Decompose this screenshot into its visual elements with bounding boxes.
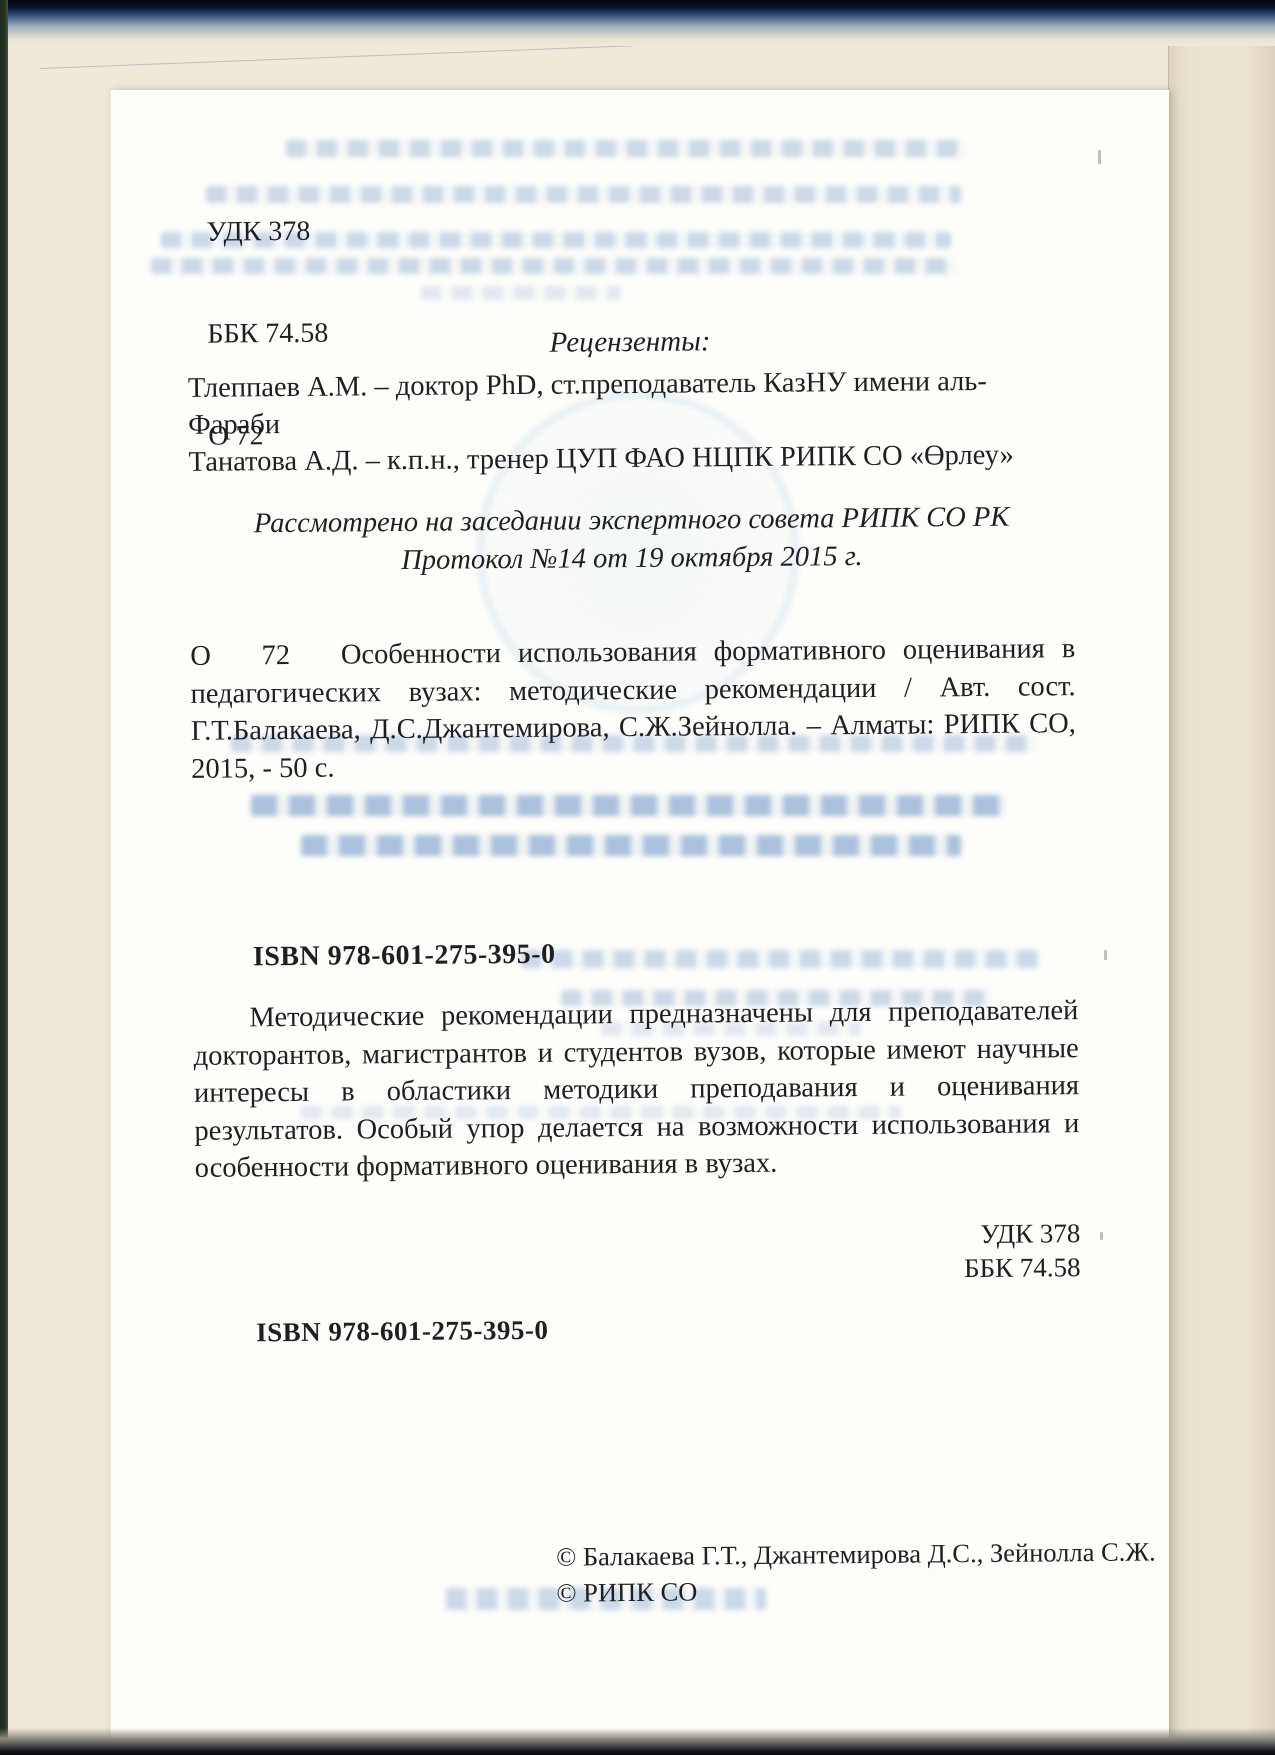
scanned-document: { "page_colors": { "paper": "#fdfdfa", "… [0, 0, 1275, 1755]
scan-bottom-edge [0, 1728, 1275, 1755]
copyright-block: © Балакаева Г.Т., Джантемирова Д.С., Зей… [556, 1533, 1156, 1610]
udc-code: УДК 378 [206, 215, 327, 250]
copyright-authors: © Балакаева Г.Т., Джантемирова Д.С., Зей… [556, 1533, 1156, 1574]
approval-line: Протокол №14 от 19 октября 2015 г. [189, 536, 1074, 582]
scan-speck [1098, 150, 1101, 164]
underlying-page-edge [1168, 0, 1275, 1755]
isbn-bottom: ISBN 978-601-275-395-0 [256, 1315, 549, 1349]
page-content: УДК 378 ББК 74.58 О 72 Рецензенты: Тлепп… [110, 81, 1182, 1738]
catalog-entry: О 72 Особенности использования формативн… [190, 630, 1076, 788]
reviewers-list: Тлеппаев А.М. – доктор PhD, ст.преподава… [188, 362, 1074, 481]
isbn-top: ISBN 978-601-275-395-0 [253, 939, 556, 974]
scan-speck [1100, 1232, 1103, 1240]
scan-top-edge [0, 0, 1275, 46]
copyright-publisher: © РИПК СО [556, 1569, 1156, 1610]
approval-note: Рассмотрено на заседании экспертного сов… [189, 498, 1075, 582]
approval-line: Рассмотрено на заседании экспертного сов… [189, 498, 1074, 544]
reviewers-heading: Рецензенты: [187, 322, 1072, 363]
abstract-paragraph: Методические рекомендации предназначены … [193, 992, 1080, 1187]
bbk-code-footer: ББК 74.58 [195, 1250, 1080, 1292]
scan-speck [1104, 950, 1107, 960]
book-spine-edge [0, 0, 8, 1755]
reviewer-line: Тлеппаев А.М. – доктор PhD, ст.преподава… [188, 362, 1074, 444]
reviewer-line: Танатова А.Д. – к.п.н., тренер ЦУП ФАО Н… [188, 436, 1073, 481]
footer-classification-codes: УДК 378 ББК 74.58 [195, 1216, 1081, 1292]
scanned-page: УДК 378 ББК 74.58 О 72 Рецензенты: Тлепп… [110, 90, 1169, 1738]
